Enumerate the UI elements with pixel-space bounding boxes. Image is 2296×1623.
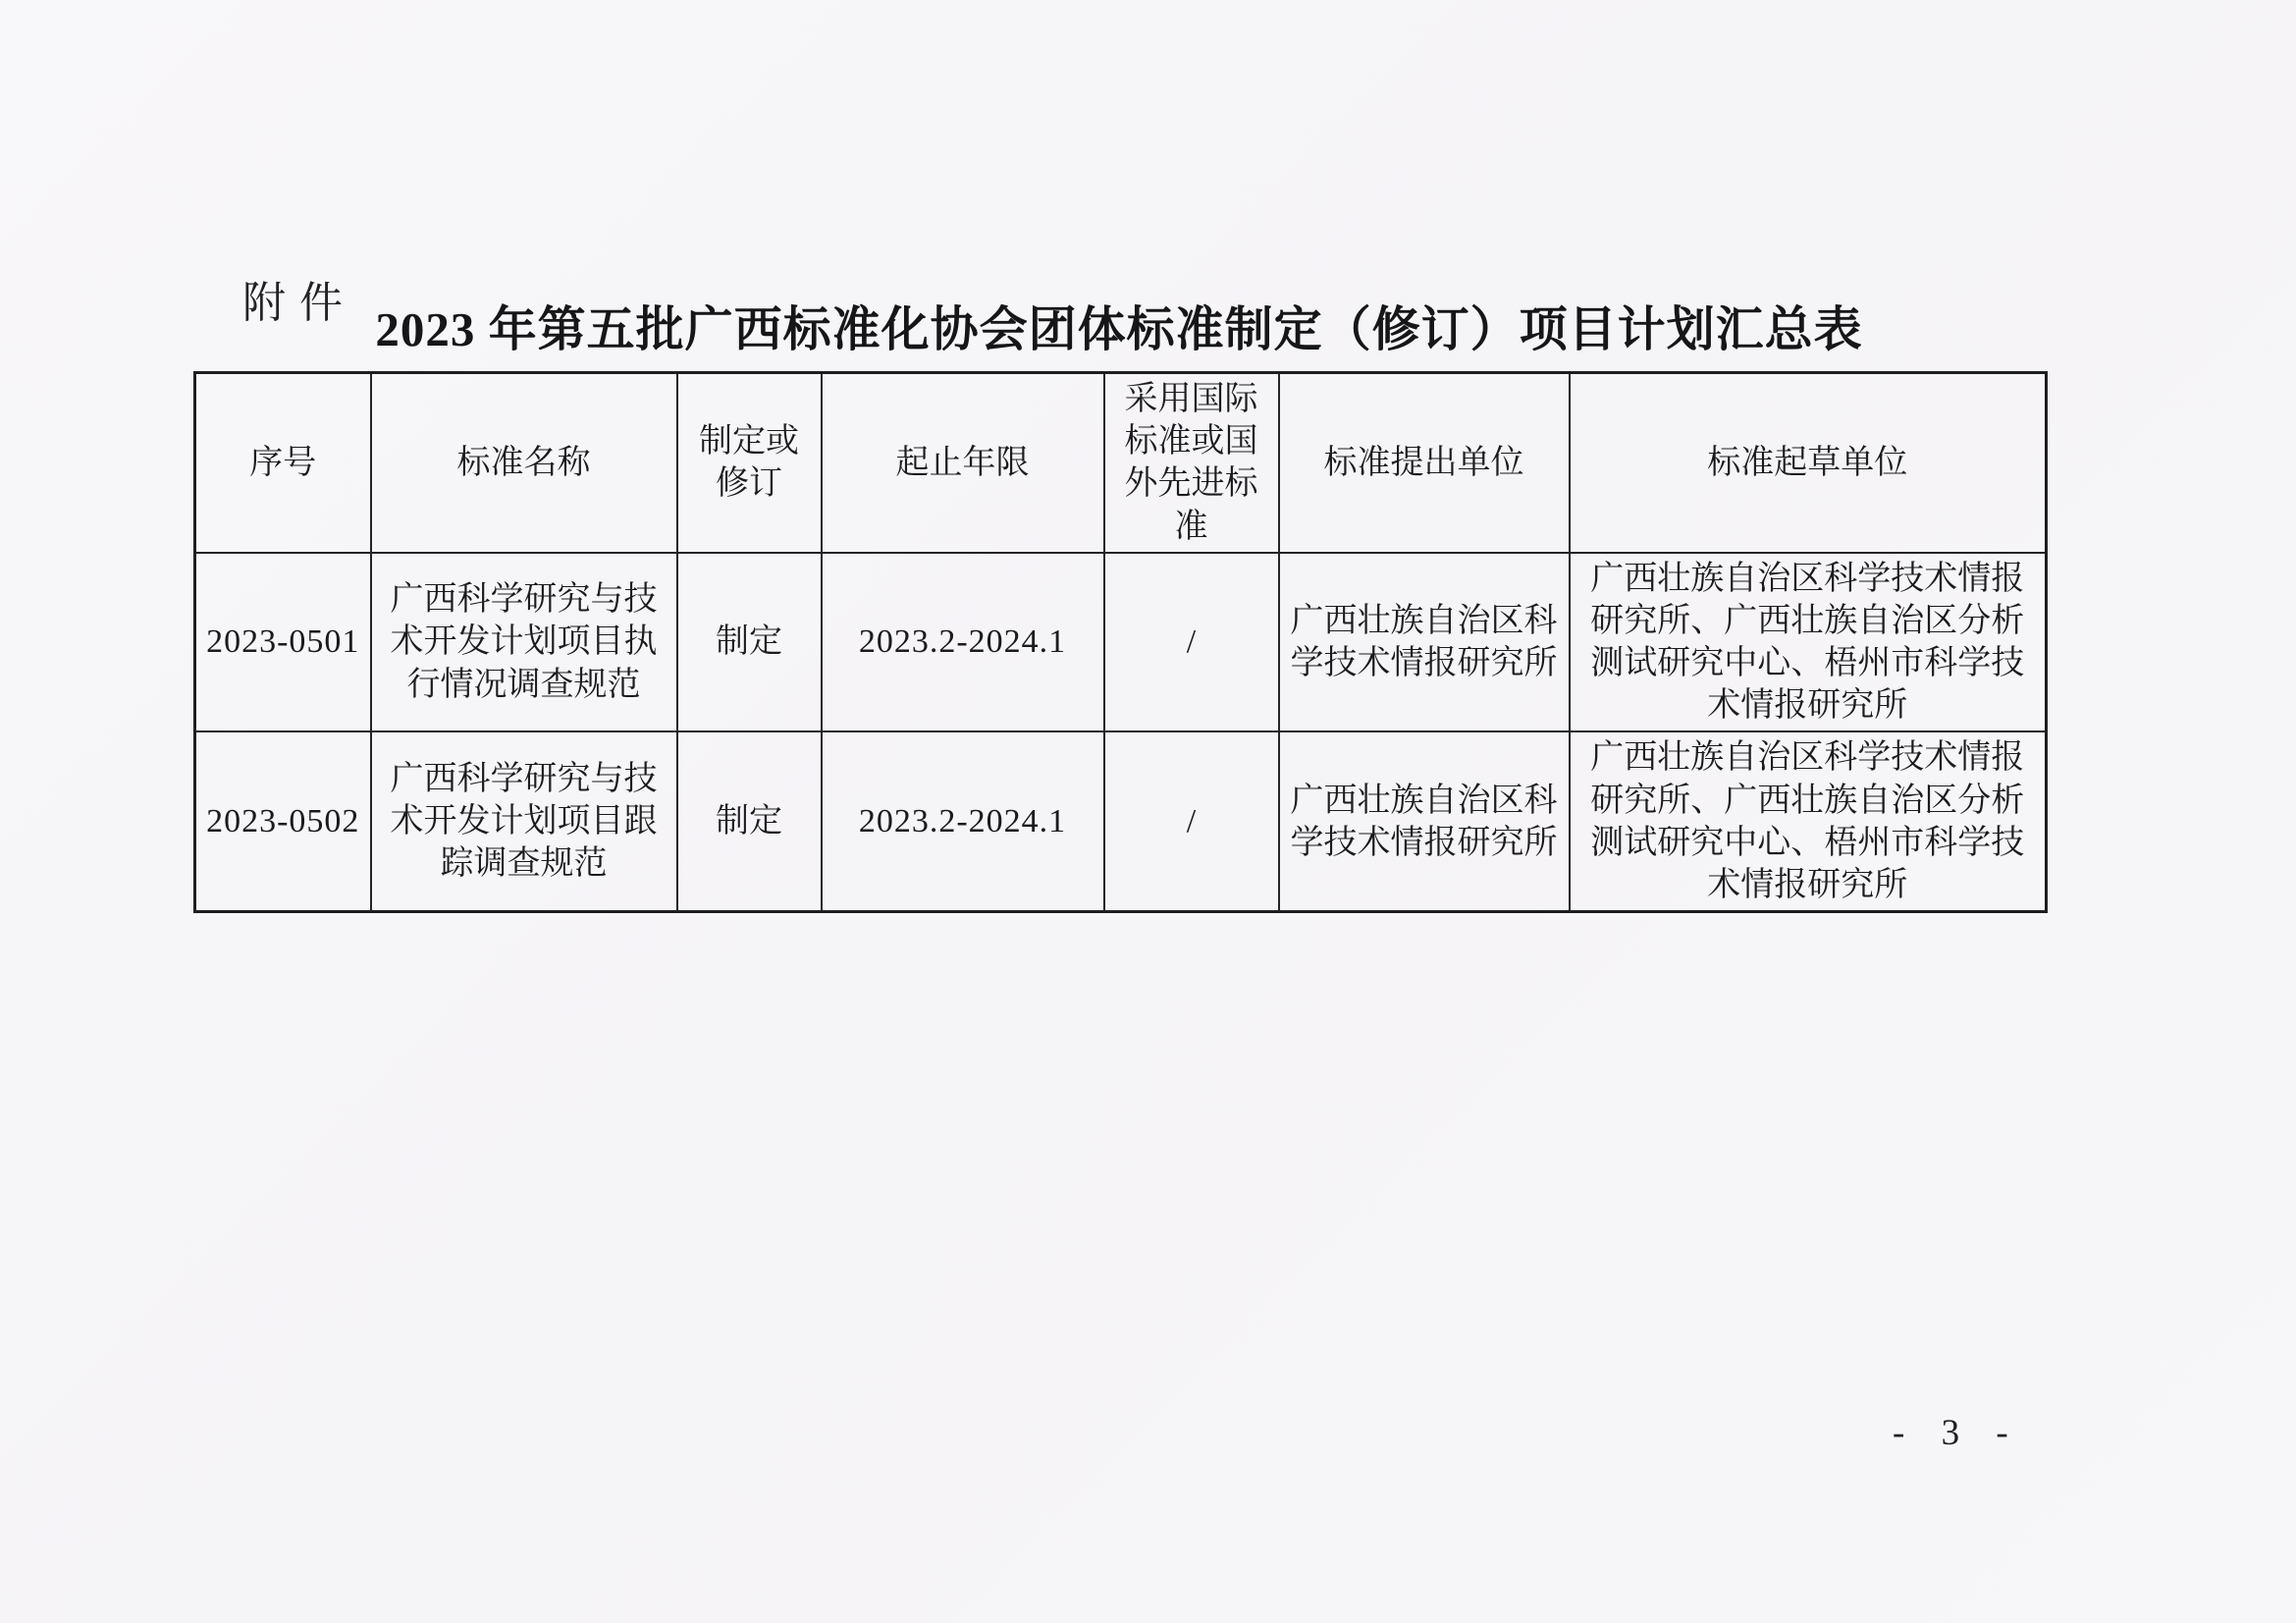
page-number: - 3 -	[1893, 1412, 2022, 1454]
cell-formulate-or-revise: 制定	[677, 731, 822, 911]
cell-serial-no: 2023-0501	[195, 553, 371, 732]
column-header-serial-no: 序号	[195, 373, 371, 553]
cell-drafting-unit: 广西壮族自治区科学技术情报研究所、广西壮族自治区分析测试研究中心、梧州市科学技术…	[1570, 731, 2047, 911]
project-plan-summary-table: 序号 标准名称 制定或修订 起止年限 采用国际标准或国外先进标准 标准提出单位 …	[193, 371, 2048, 913]
cell-standard-name: 广西科学研究与技术开发计划项目执行情况调查规范	[371, 553, 677, 732]
cell-drafting-unit: 广西壮族自治区科学技术情报研究所、广西壮族自治区分析测试研究中心、梧州市科学技术…	[1570, 553, 2047, 732]
cell-standard-name: 广西科学研究与技术开发计划项目跟踪调查规范	[371, 731, 677, 911]
column-header-formulate-or-revise: 制定或修订	[677, 373, 822, 553]
cell-proposing-unit: 广西壮族自治区科学技术情报研究所	[1279, 553, 1570, 732]
cell-adopt-international-standard: /	[1104, 731, 1279, 911]
cell-adopt-international-standard: /	[1104, 553, 1279, 732]
column-header-start-end-years: 起止年限	[822, 373, 1104, 553]
cell-start-end-years: 2023.2-2024.1	[822, 553, 1104, 732]
cell-proposing-unit: 广西壮族自治区科学技术情报研究所	[1279, 731, 1570, 911]
cell-start-end-years: 2023.2-2024.1	[822, 731, 1104, 911]
cell-serial-no: 2023-0502	[195, 731, 371, 911]
table-row: 2023-0502 广西科学研究与技术开发计划项目跟踪调查规范 制定 2023.…	[195, 731, 2047, 911]
column-header-standard-name: 标准名称	[371, 373, 677, 553]
table-header-row: 序号 标准名称 制定或修订 起止年限 采用国际标准或国外先进标准 标准提出单位 …	[195, 373, 2047, 553]
scanned-document-page: 附件 2023 年第五批广西标准化协会团体标准制定（修订）项目计划汇总表 序号 …	[0, 0, 2296, 1623]
column-header-drafting-unit: 标准起草单位	[1570, 373, 2047, 553]
document-title: 2023 年第五批广西标准化协会团体标准制定（修订）项目计划汇总表	[193, 292, 2045, 360]
column-header-proposing-unit: 标准提出单位	[1279, 373, 1570, 553]
column-header-adopt-international-standard: 采用国际标准或国外先进标准	[1104, 373, 1279, 553]
cell-formulate-or-revise: 制定	[677, 553, 822, 732]
table-row: 2023-0501 广西科学研究与技术开发计划项目执行情况调查规范 制定 202…	[195, 553, 2047, 732]
